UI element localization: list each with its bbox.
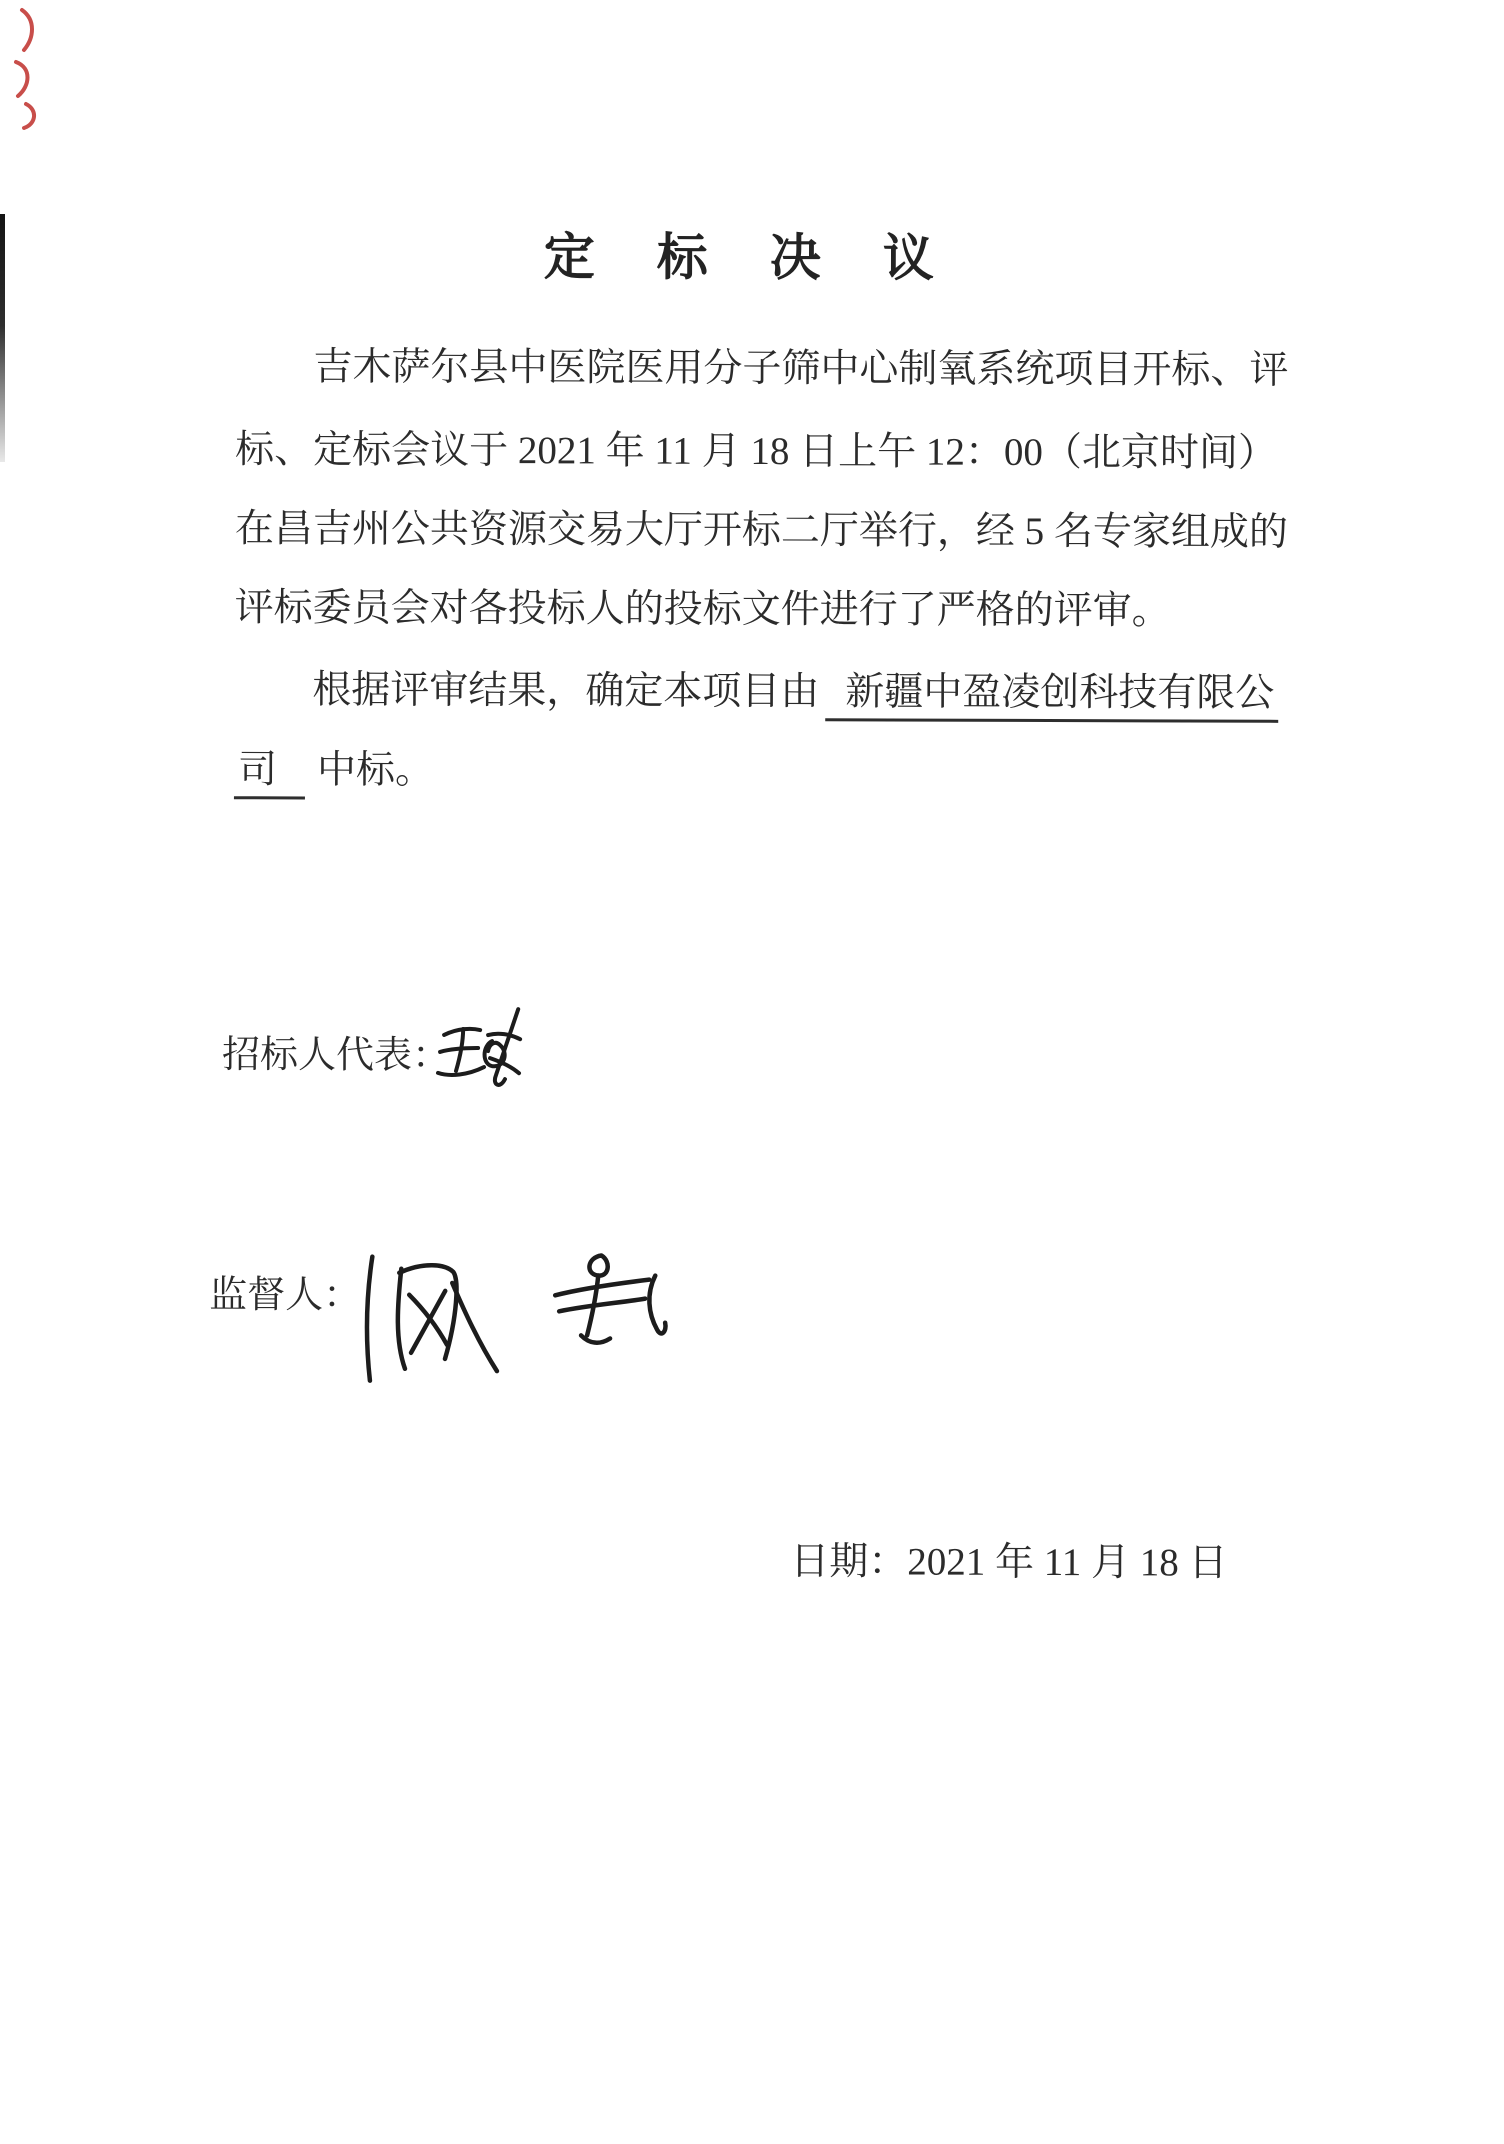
body-line-5: 根据评审结果，确定本项目由新疆中盈凌创科技有限公 <box>234 662 1382 722</box>
bidder-representative-label: 招标人代表： <box>222 1030 450 1081</box>
body-line-2: 标、定标会议于 2021 年 11 月 18 日上午 12：00（北京时间） <box>235 422 1305 482</box>
document-content: 定标决议 吉木萨尔县中医院医用分子筛中心制氧系统项目开标、评 标、定标会议于 2… <box>0 0 1504 2144</box>
winning-company-name-underlined: 新疆中盈凌创科技有限公 <box>825 670 1278 723</box>
document-title: 定标决议 <box>544 215 996 291</box>
supervisor-label: 监督人： <box>209 1270 361 1321</box>
handwritten-signature-supervisor-1 <box>353 1245 504 1391</box>
body-line-1: 吉木萨尔县中医院医用分子筛中心制氧系统项目开标、评 <box>235 339 1383 399</box>
date-line: 日期：2021 年 11 月 18 日 <box>790 1534 1228 1592</box>
body-line-3: 在昌吉州公共资源交易大厅开标二厅举行，经 5 名专家组成的 <box>235 501 1305 561</box>
handwritten-signature-bidder-representative <box>430 1005 535 1097</box>
handwritten-signature-supervisor-2 <box>537 1249 675 1361</box>
award-sentence-prefix: 根据评审结果，确定本项目由 <box>312 668 819 713</box>
scanned-document-page: 定标决议 吉木萨尔县中医院医用分子筛中心制氧系统项目开标、评 标、定标会议于 2… <box>0 0 1504 2144</box>
body-line-4: 评标委员会对各投标人的投标文件进行了严格的评审。 <box>235 580 1305 640</box>
body-line-6: 司中标。 <box>234 742 1304 802</box>
winning-company-name-continued-underlined: 司 <box>234 748 305 799</box>
award-sentence-suffix: 中标。 <box>317 748 434 791</box>
